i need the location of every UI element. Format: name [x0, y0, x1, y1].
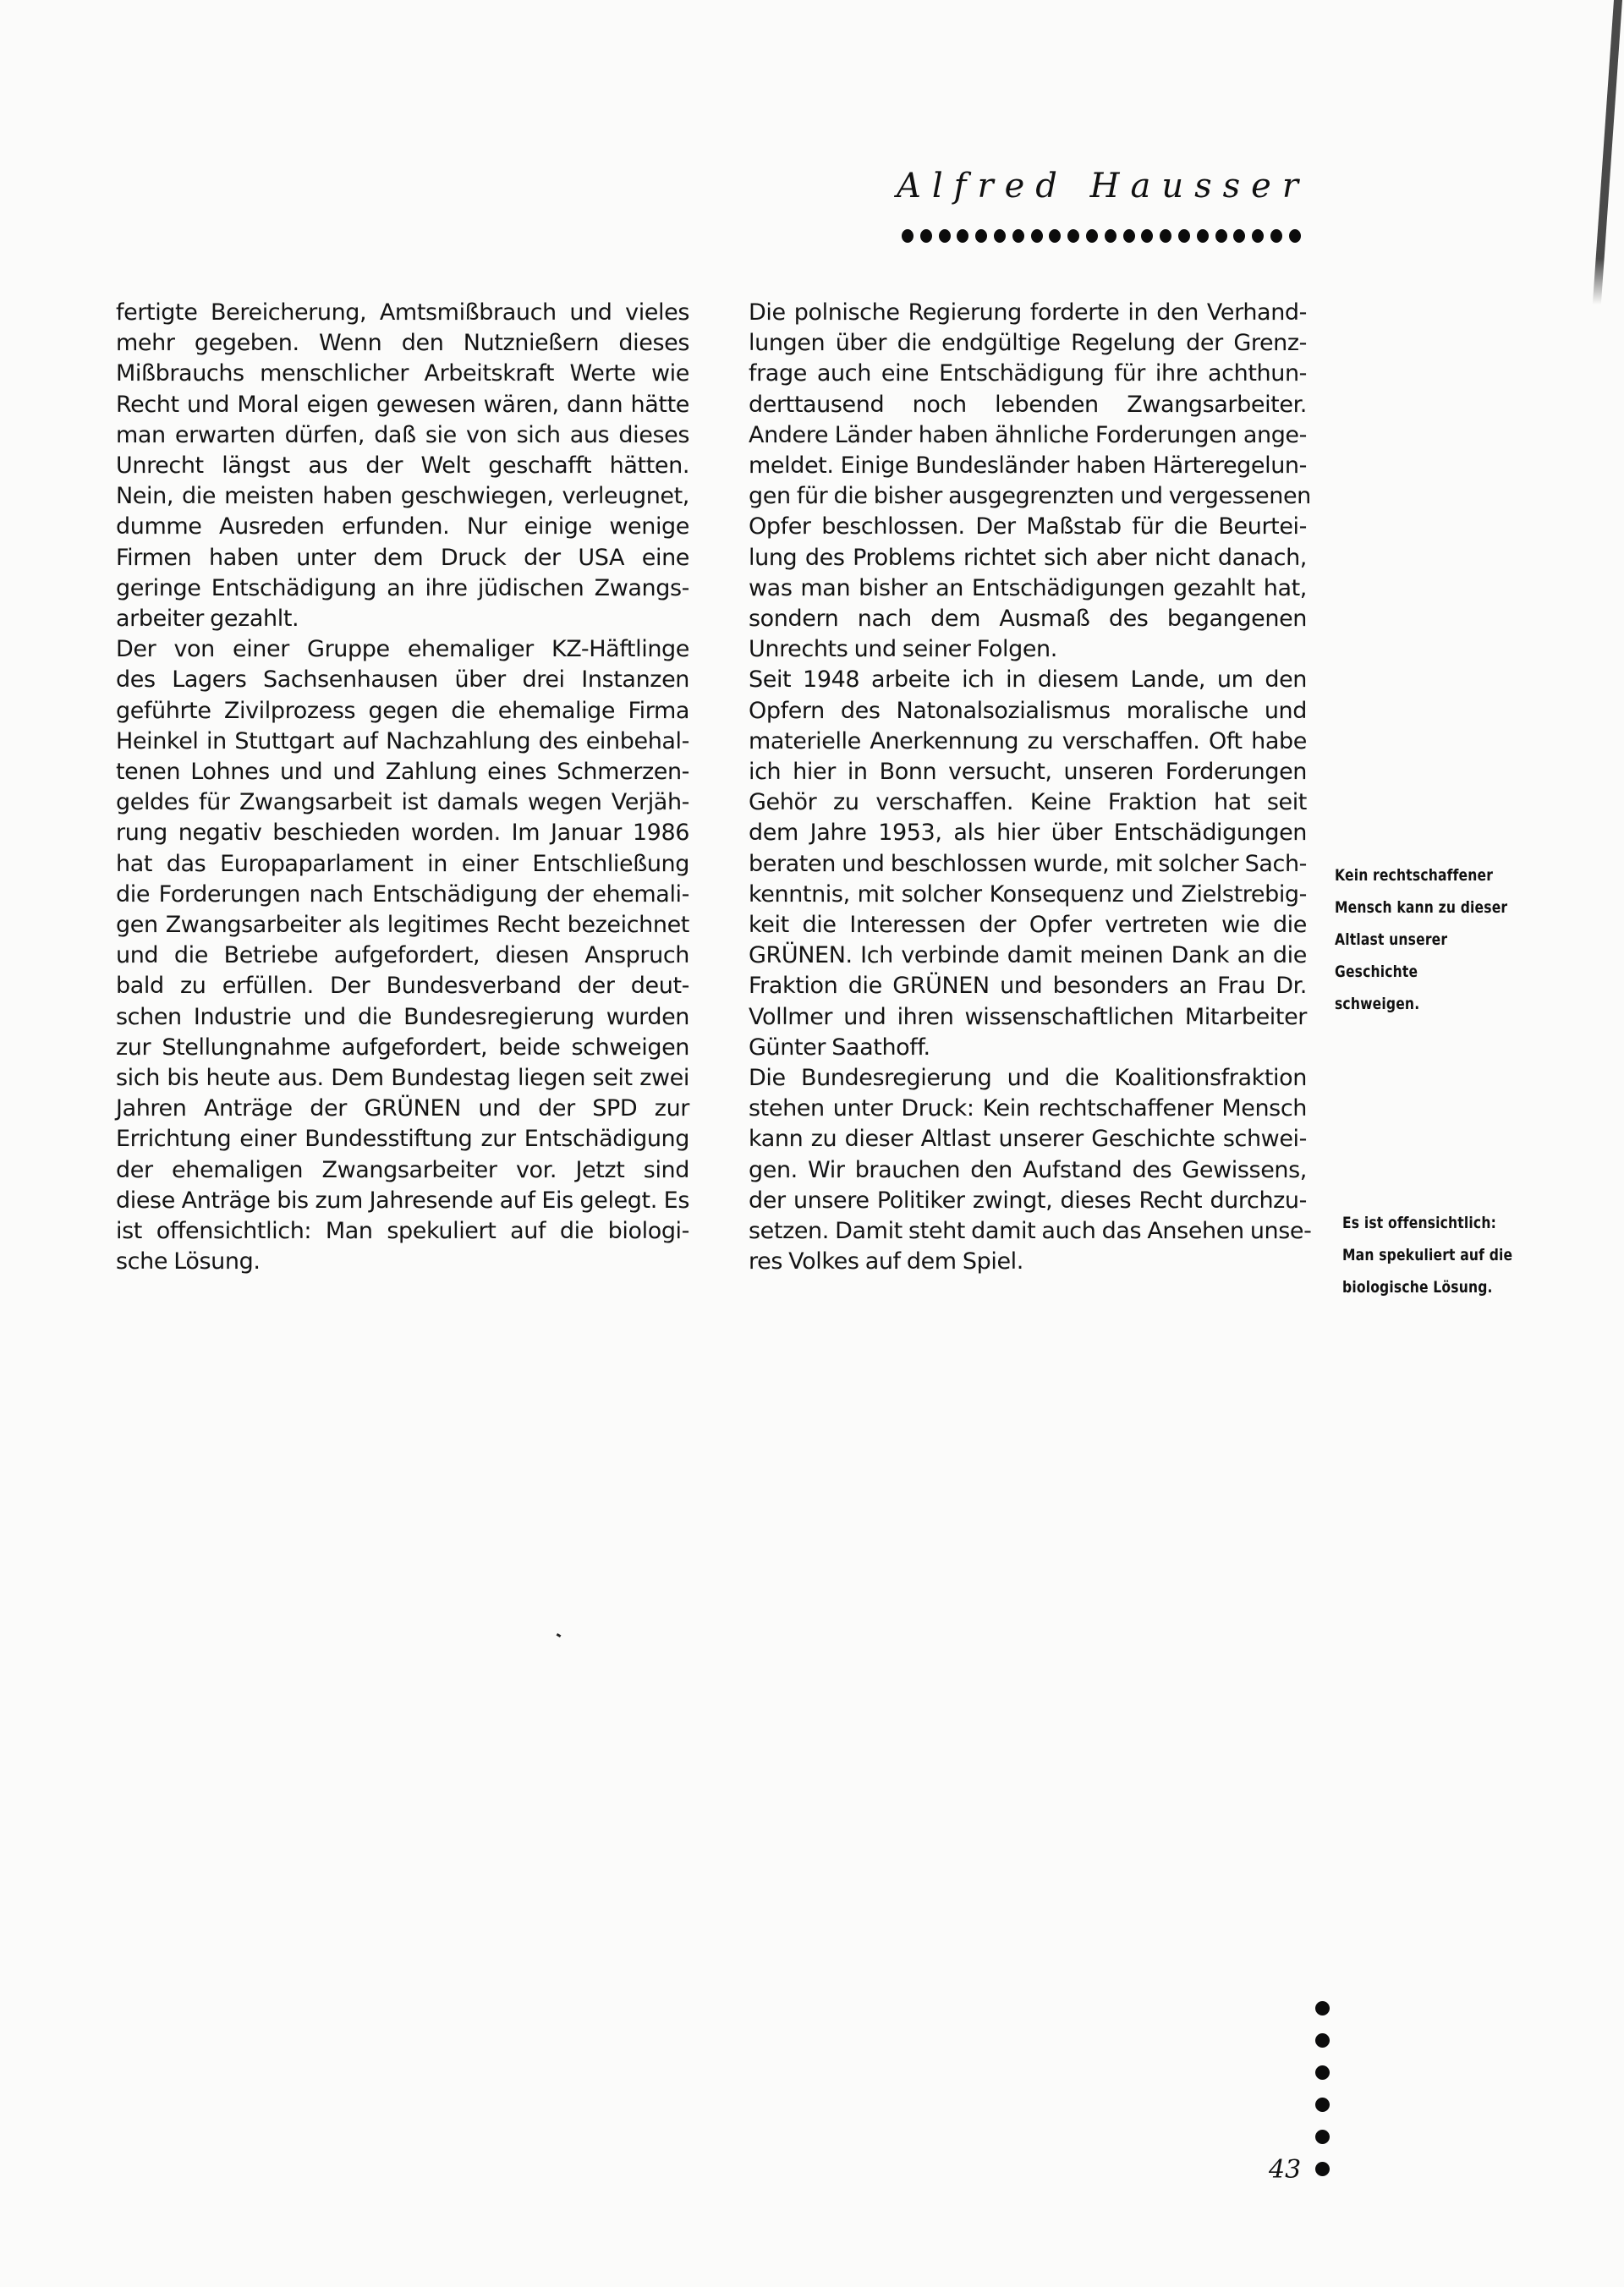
text-line: lungen über die endgültige Regelung der …: [749, 328, 1307, 359]
text-line: Recht und Moral eigen gewesen wären, dan…: [116, 390, 689, 420]
bullet-dot-icon: [939, 229, 951, 243]
header-dot-rule: [902, 229, 1539, 243]
text-line: Firmen haben unter dem Druck der USA ein…: [116, 543, 689, 573]
text-line: tenen Lohnes und und Zahlung eines Schme…: [116, 757, 689, 787]
text-line: lung des Problems richtet sich aber nich…: [749, 543, 1307, 573]
bullet-dot-icon: [1067, 229, 1079, 243]
text-line: diese Anträge bis zum Jahresende auf Eis…: [116, 1186, 689, 1216]
text-line: geringe Entschädigung an ihre jüdischen …: [116, 573, 689, 604]
bullet-dot-icon: [1233, 229, 1245, 243]
text-line: Unrecht längst aus der Welt geschafft hä…: [116, 451, 689, 481]
text-line: Der von einer Gruppe ehemaliger KZ-Häftl…: [116, 634, 689, 665]
pull-quote-line: Geschichte: [1335, 956, 1507, 988]
footer-dot-column: [1315, 2001, 1330, 2176]
bullet-dot-icon: [1197, 229, 1209, 243]
text-line: was man bisher an Entschädigungen gezahl…: [749, 573, 1307, 604]
text-line: sche Lösung.: [116, 1247, 689, 1277]
bullet-dot-icon: [1315, 2033, 1330, 2048]
bullet-dot-icon: [957, 229, 968, 243]
bullet-dot-icon: [1049, 229, 1061, 243]
text-line: kann zu dieser Altlast unserer Geschicht…: [749, 1124, 1307, 1154]
text-line: bald zu erfüllen. Der Bundesverband der …: [116, 971, 689, 1001]
pull-quote-line: biologische Lösung.: [1342, 1271, 1512, 1303]
pull-quote-line: Kein rechtschaffener: [1335, 859, 1507, 891]
text-line: stehen unter Druck: Kein rechtschaffener…: [749, 1094, 1307, 1124]
text-line: meldet. Einige Bundesländer haben Härter…: [749, 451, 1307, 481]
text-line: rung negativ beschieden worden. Im Janua…: [116, 818, 689, 848]
bullet-dot-icon: [1315, 2065, 1330, 2080]
bullet-dot-icon: [1315, 2130, 1330, 2144]
scan-edge-artifact: [1593, 0, 1622, 304]
text-line: arbeiter gezahlt.: [116, 604, 689, 634]
text-line: zur Stellungnahme aufgefordert, beide sc…: [116, 1033, 689, 1063]
text-line: Heinkel in Stuttgart auf Nachzahlung des…: [116, 727, 689, 757]
text-line: dumme Ausreden erfunden. Nur einige weni…: [116, 512, 689, 542]
bullet-dot-icon: [1105, 229, 1116, 243]
text-line: Fraktion die GRÜNEN und besonders an Fra…: [749, 971, 1307, 1001]
text-line: fertigte Bereicherung, Amtsmißbrauch und…: [116, 298, 689, 328]
text-line: sondern nach dem Ausmaß des begangenen: [749, 604, 1307, 634]
bullet-dot-icon: [1252, 229, 1264, 243]
text-line: keit die Interessen der Opfer vertreten …: [749, 910, 1307, 941]
text-line: Gehör zu verschaffen. Keine Fraktion hat…: [749, 787, 1307, 818]
text-line: man erwarten dürfen, daß sie von sich au…: [116, 420, 689, 451]
text-line: Opfern des Natonalsozialismus moralische…: [749, 696, 1307, 727]
text-line: Jahren Anträge der GRÜNEN und der SPD zu…: [116, 1094, 689, 1124]
text-column-middle: Die polnische Regierung forderte in den …: [749, 298, 1307, 1278]
author-name: Alfred Hausser: [897, 166, 1539, 206]
text-line: ich hier in Bonn versucht, unseren Forde…: [749, 757, 1307, 787]
text-line: beraten und beschlossen wurde, mit solch…: [749, 849, 1307, 880]
text-line: Errichtung einer Bundesstiftung zur Ents…: [116, 1124, 689, 1154]
pull-quote-line: Es ist offensichtlich:: [1342, 1207, 1512, 1239]
bullet-dot-icon: [1215, 229, 1227, 243]
text-line: Unrechts und seiner Folgen.: [749, 634, 1307, 665]
text-line: der unsere Politiker zwingt, dieses Rech…: [749, 1186, 1307, 1216]
bullet-dot-icon: [1289, 229, 1301, 243]
bullet-dot-icon: [1086, 229, 1098, 243]
text-line: frage auch eine Entschädigung für ihre a…: [749, 359, 1307, 389]
pull-quote-line: schweigen.: [1335, 988, 1507, 1020]
text-line: die Forderungen nach Entschädigung der e…: [116, 880, 689, 910]
pull-quote-2: Es ist offensichtlich:Man spekuliert auf…: [1342, 1207, 1512, 1303]
bullet-dot-icon: [1012, 229, 1024, 243]
text-line: Die polnische Regierung forderte in den …: [749, 298, 1307, 328]
text-line: Mißbrauchs menschlicher Arbeitskraft Wer…: [116, 359, 689, 389]
pull-quote-line: Altlast unserer: [1335, 924, 1507, 956]
text-line: schen Industrie und die Bundesregierung …: [116, 1002, 689, 1033]
pull-quote-1: Kein rechtschaffenerMensch kann zu diese…: [1335, 859, 1507, 1020]
text-line: res Volkes auf dem Spiel.: [749, 1247, 1307, 1277]
text-column-left: fertigte Bereicherung, Amtsmißbrauch und…: [116, 298, 689, 1278]
text-line: gen Zwangsarbeiter als legitimes Recht b…: [116, 910, 689, 941]
text-line: und die Betriebe aufgefordert, diesen An…: [116, 941, 689, 971]
page-header: Alfred Hausser: [897, 166, 1539, 243]
bullet-dot-icon: [1141, 229, 1153, 243]
pull-quote-line: Mensch kann zu dieser: [1335, 891, 1507, 924]
pull-quote-line: Man spekuliert auf die: [1342, 1239, 1512, 1271]
text-line: derttausend noch lebenden Zwangsarbeiter…: [749, 390, 1307, 420]
text-line: geldes für Zwangsarbeit ist damals wegen…: [116, 787, 689, 818]
page-footer: 43: [1269, 2001, 1336, 2196]
bullet-dot-icon: [902, 229, 913, 243]
text-line: Die Bundesregierung und die Koalitionsfr…: [749, 1063, 1307, 1094]
text-line: des Lagers Sachsenhausen über drei Insta…: [116, 665, 689, 695]
bullet-dot-icon: [994, 229, 1006, 243]
text-line: Andere Länder haben ähnliche Forderungen…: [749, 420, 1307, 451]
bullet-dot-icon: [1123, 229, 1135, 243]
text-line: gen. Wir brauchen den Aufstand des Gewis…: [749, 1155, 1307, 1186]
text-line: materielle Anerkennung zu verschaffen. O…: [749, 727, 1307, 757]
scan-speck: [557, 1633, 562, 1637]
text-line: dem Jahre 1953, als hier über Entschädig…: [749, 818, 1307, 848]
text-line: GRÜNEN. Ich verbinde damit meinen Dank a…: [749, 941, 1307, 971]
bullet-dot-icon: [975, 229, 987, 243]
text-line: Nein, die meisten haben geschwiegen, ver…: [116, 481, 689, 512]
text-line: sich bis heute aus. Dem Bundestag liegen…: [116, 1063, 689, 1094]
page-number: 43: [1269, 2155, 1301, 2185]
text-line: ist offensichtlich: Man spekuliert auf d…: [116, 1216, 689, 1247]
text-line: Vollmer und ihren wissenschaftlichen Mit…: [749, 1002, 1307, 1033]
text-line: hat das Europaparlament in einer Entschl…: [116, 849, 689, 880]
bullet-dot-icon: [1315, 2001, 1330, 2016]
text-line: Opfer beschlossen. Der Maßstab für die B…: [749, 512, 1307, 542]
bullet-dot-icon: [1315, 2162, 1330, 2176]
text-line: geführte Zivilprozess gegen die ehemalig…: [116, 696, 689, 727]
text-line: Seit 1948 arbeite ich in diesem Lande, u…: [749, 665, 1307, 695]
bullet-dot-icon: [1315, 2098, 1330, 2112]
text-line: kenntnis, mit solcher Konsequenz und Zie…: [749, 880, 1307, 910]
text-line: Günter Saathoff.: [749, 1033, 1307, 1063]
bullet-dot-icon: [1270, 229, 1282, 243]
text-line: setzen. Damit steht damit auch das Anseh…: [749, 1216, 1307, 1247]
bullet-dot-icon: [1178, 229, 1190, 243]
text-line: mehr gegeben. Wenn den Nutznießern diese…: [116, 328, 689, 359]
bullet-dot-icon: [920, 229, 932, 243]
bullet-dot-icon: [1031, 229, 1043, 243]
text-line: gen für die bisher ausgegrenzten und ver…: [749, 481, 1307, 512]
bullet-dot-icon: [1160, 229, 1171, 243]
text-line: der ehemaligen Zwangsarbeiter vor. Jetzt…: [116, 1155, 689, 1186]
